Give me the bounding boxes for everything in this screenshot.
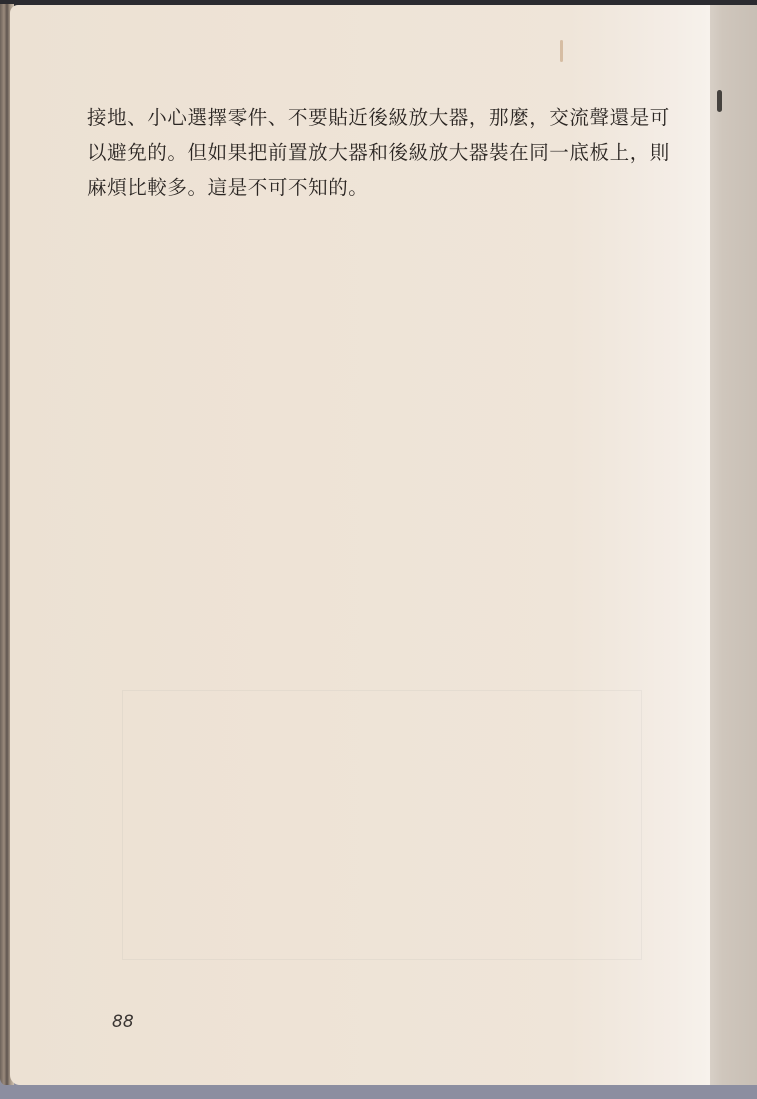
body-paragraph: 接地、小心選擇零件、不要貼近後級放大器，那麼，交流聲還是可 以避免的。但如果把前… bbox=[87, 100, 667, 205]
scan-bottom-edge bbox=[0, 1085, 757, 1099]
bleed-through-figure bbox=[122, 690, 642, 960]
facing-page-edge bbox=[708, 5, 757, 1085]
text-line: 以避免的。但如果把前置放大器和後級放大器裝在同一底板上，則 bbox=[87, 135, 667, 170]
binding-mark bbox=[717, 90, 722, 112]
text-line: 接地、小心選擇零件、不要貼近後級放大器，那麼，交流聲還是可 bbox=[87, 100, 667, 135]
paper-stain bbox=[560, 40, 563, 62]
text-line: 麻煩比較多。這是不可不知的。 bbox=[87, 170, 667, 205]
page-number: 88 bbox=[112, 1012, 134, 1032]
